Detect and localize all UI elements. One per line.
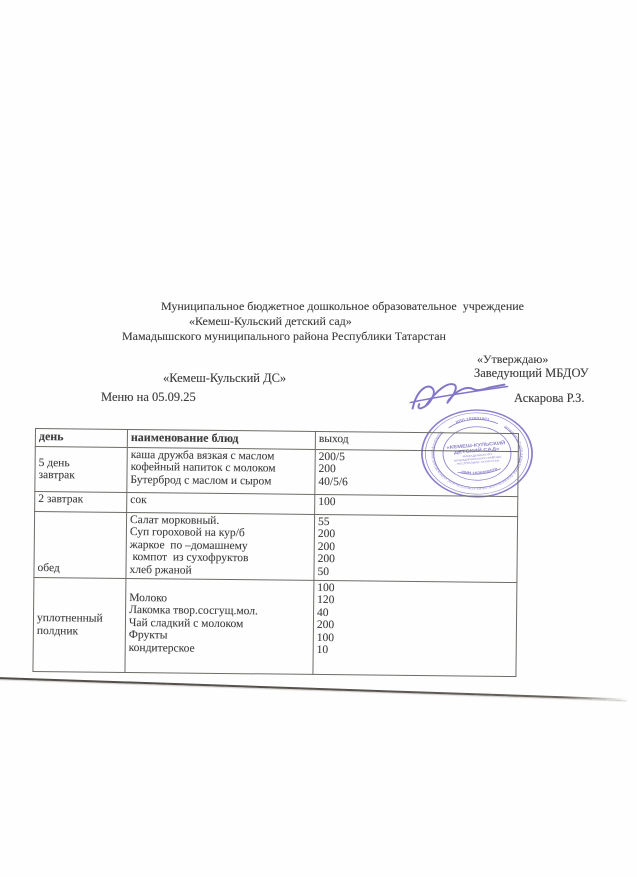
org-name-line1: Муниципальное бюджетное дошкольное образ…: [161, 300, 524, 313]
day-cell: уплотненный полдник: [33, 577, 126, 672]
col-header-output: выход: [315, 431, 518, 451]
svg-text:КПП 162601001: КПП 162601001: [454, 415, 491, 425]
values-cell: 100: [315, 494, 518, 516]
menu-table: день наименование блюд выход 5 день завт…: [32, 428, 519, 677]
org-short-name: «Кемеш-Кульский ДС»: [163, 372, 286, 385]
table-row-breakfast: 5 день завтрак каша дружба вязкая с масл…: [35, 447, 518, 497]
menu-title: Меню на 05.09.25: [101, 391, 196, 404]
table-row-lunch: обед Салат морковный. Суп гороховой на к…: [34, 512, 518, 583]
col-header-day: день: [35, 429, 127, 448]
stamp-kpp: КПП 162601001: [454, 415, 491, 425]
values-cell: 100 120 40 200 100 10: [313, 580, 517, 676]
dishes-cell: сок: [127, 492, 315, 514]
col-header-dishes: наименование блюд: [127, 429, 315, 449]
approve-quote: «Утверждаю»: [477, 353, 548, 366]
org-name-line3: Мамадышского муниципального района Респу…: [122, 330, 446, 343]
scan-page-edge-line: [0, 677, 627, 700]
day-cell: обед: [34, 512, 127, 579]
dishes-cell: Салат морковный. Суп гороховой на кур/б …: [126, 512, 315, 580]
day-cell: 5 день завтрак: [35, 447, 127, 493]
dishes-cell: каша дружба вязкая с маслом кофейный нап…: [127, 447, 315, 494]
scanned-page: Муниципальное бюджетное дошкольное образ…: [0, 0, 637, 877]
org-name-line2: «Кемеш-Кульский детский сад»: [189, 315, 352, 328]
values-cell: 200/5 200 40/5/6: [315, 449, 518, 496]
approver-name: Аскарова Р.З.: [514, 392, 585, 405]
values-cell: 55 200 200 200 50: [314, 514, 518, 582]
day-cell: 2 завтрак: [35, 492, 127, 513]
table-row-snack: уплотненный полдник Молоко Лакомка твор.…: [33, 577, 517, 676]
dishes-cell: Молоко Лакомка твор.сосгущ.мол. Чай слад…: [125, 578, 314, 674]
